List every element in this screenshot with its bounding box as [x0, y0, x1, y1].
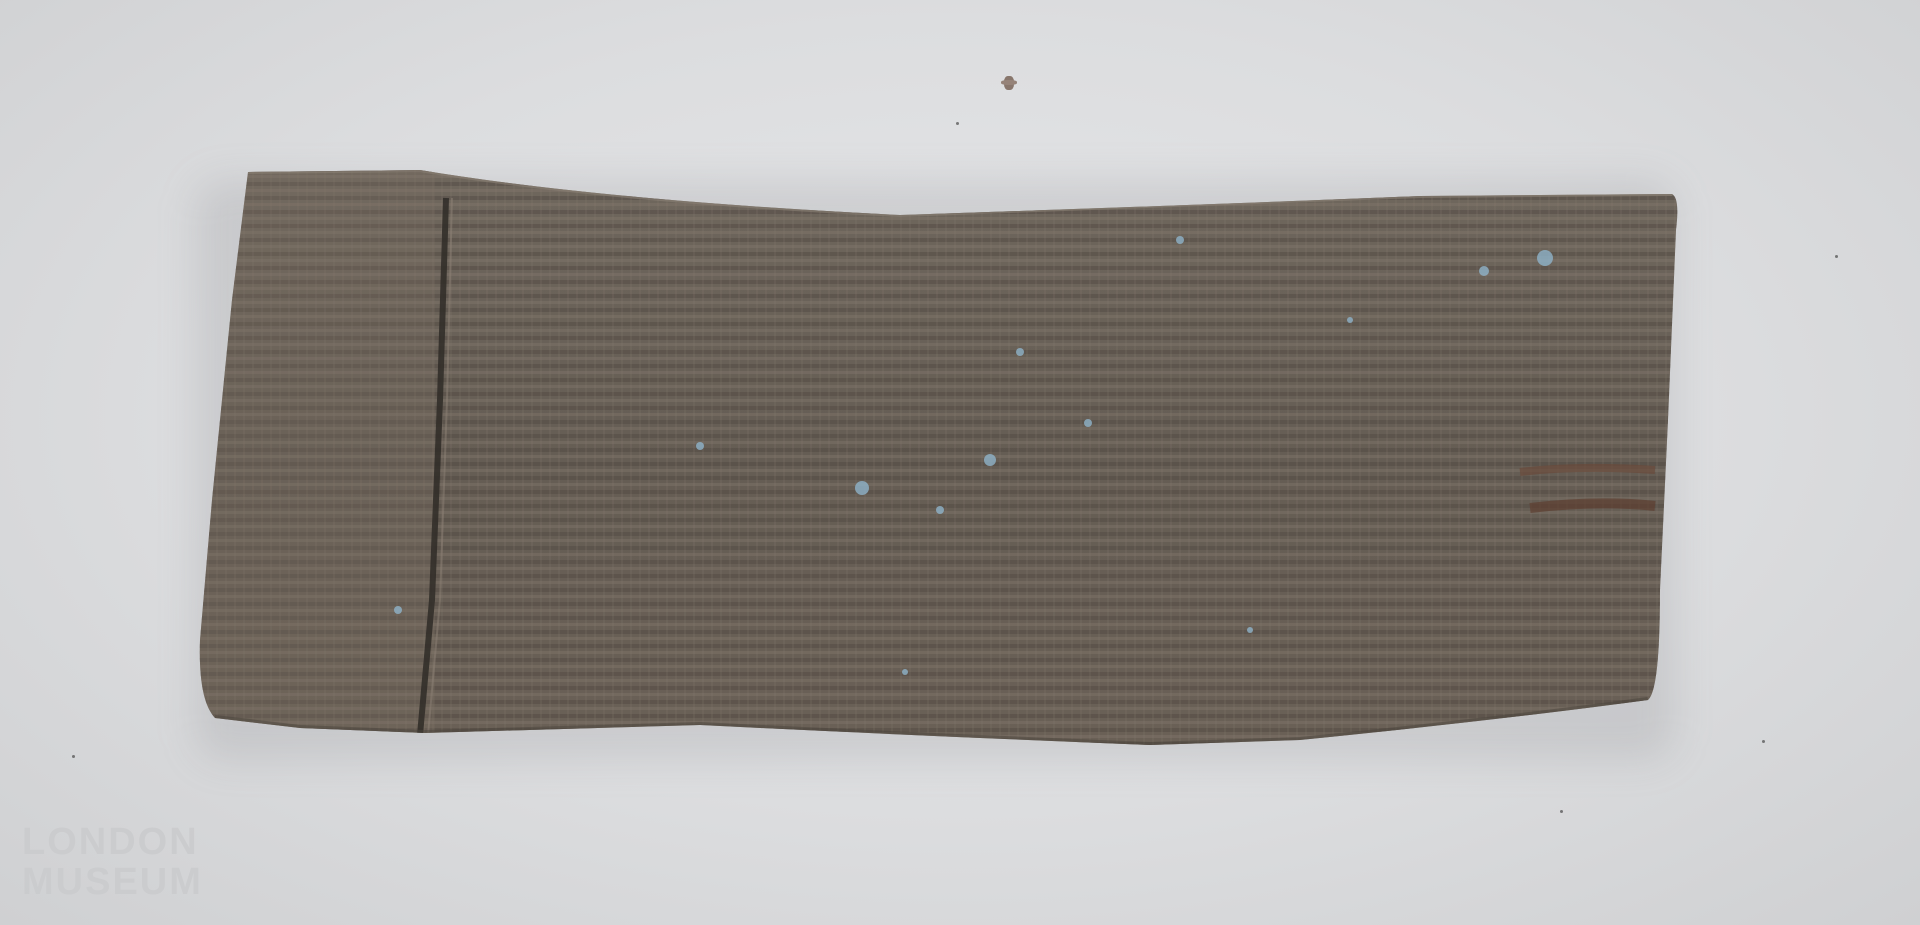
debris-dot: [72, 755, 75, 758]
debris-dot: [1835, 255, 1838, 258]
watermark-line-1: LONDON: [22, 822, 203, 862]
wooden-tablet-fragment: [0, 0, 1920, 925]
photo-scene: LONDON MUSEUM: [0, 0, 1920, 925]
debris-dot: [1762, 740, 1765, 743]
debris-dot: [956, 122, 959, 125]
watermark-line-2: MUSEUM: [22, 862, 203, 902]
museum-watermark: LONDON MUSEUM: [22, 822, 203, 902]
debris-dot: [1560, 810, 1563, 813]
debris-speck: [1004, 76, 1014, 90]
